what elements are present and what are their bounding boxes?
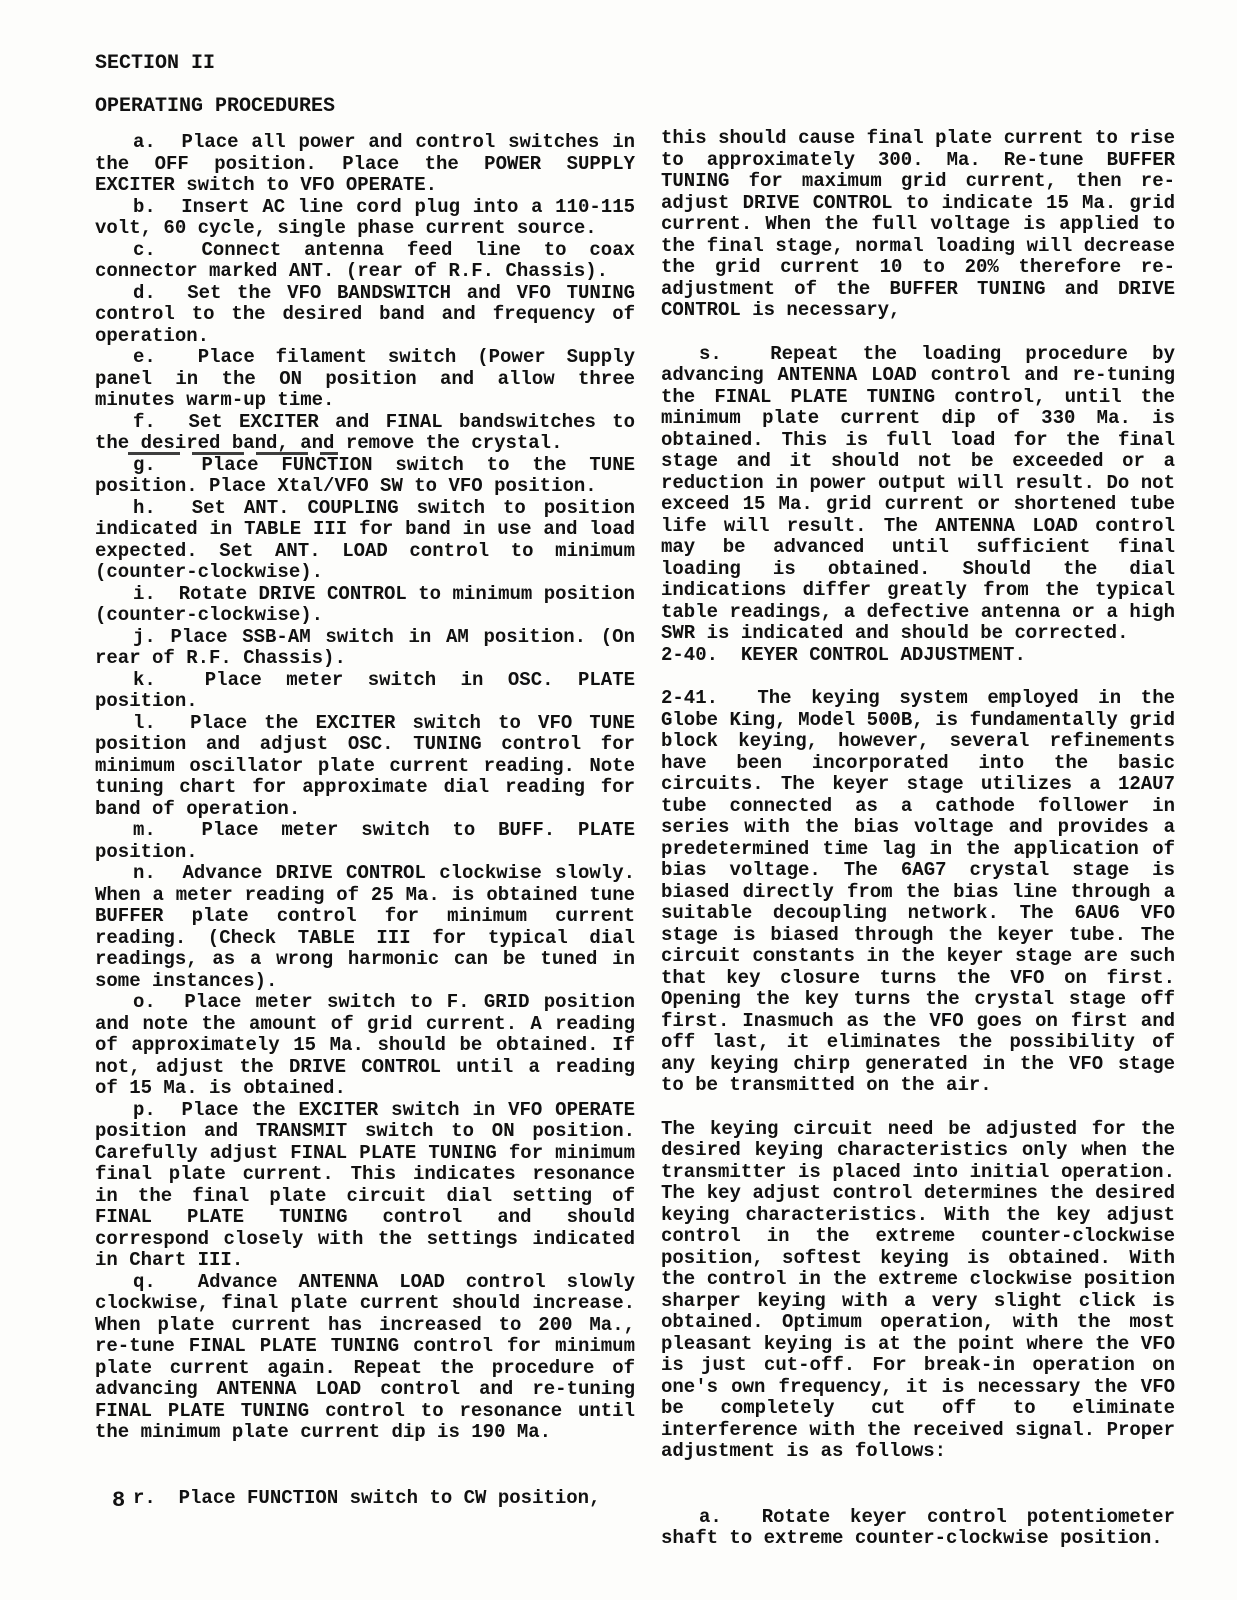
procedure-step-n: n. Advance DRIVE CONTROL clockwise slowl… xyxy=(95,863,635,992)
procedure-step-i: i. Rotate DRIVE CONTROL to minimum posit… xyxy=(95,584,635,627)
procedure-step-b: b. Insert AC line cord plug into a 110-1… xyxy=(95,197,635,240)
procedure-step-r: r. Place FUNCTION switch to CW position, xyxy=(95,1488,635,1510)
procedure-step-e: e. Place filament switch (Power Supply p… xyxy=(95,347,635,412)
procedure-step-g: g. Place FUNCTION switch to the TUNE pos… xyxy=(95,455,635,498)
scanned-manual-page: SECTION II OPERATING PROCEDURES a. Place… xyxy=(0,0,1237,1600)
continuation-paragraph: this should cause final plate current to… xyxy=(661,128,1175,322)
procedure-step-q: q. Advance ANTENNA LOAD control slowly c… xyxy=(95,1272,635,1444)
page-number: 8 xyxy=(112,1488,125,1513)
right-column: this should cause final plate current to… xyxy=(661,128,1175,1550)
procedure-step-l: l. Place the EXCITER switch to VFO TUNE … xyxy=(95,713,635,821)
procedure-step-h: h. Set ANT. COUPLING switch to position … xyxy=(95,498,635,584)
keyer-step-a: a. Rotate keyer control potentiometer sh… xyxy=(661,1507,1175,1550)
page-title: OPERATING PROCEDURES xyxy=(95,96,635,118)
procedure-step-s: s. Repeat the loading procedure by advan… xyxy=(661,344,1175,645)
procedure-step-a: a. Place all power and control switches … xyxy=(95,132,635,197)
procedure-step-f: f. Set EXCITER and FINAL bandswitches to… xyxy=(95,412,635,455)
left-column: SECTION II OPERATING PROCEDURES a. Place… xyxy=(95,53,635,1509)
procedure-step-m: m. Place meter switch to BUFF. PLATE pos… xyxy=(95,820,635,863)
paragraph-2-41: 2-41. The keying system employed in the … xyxy=(661,688,1175,1097)
keying-circuit-paragraph: The keying circuit need be adjusted for … xyxy=(661,1119,1175,1463)
underline-artifact xyxy=(128,452,338,455)
procedure-step-k: k. Place meter switch in OSC. PLATE posi… xyxy=(95,670,635,713)
procedure-step-o: o. Place meter switch to F. GRID positio… xyxy=(95,992,635,1100)
procedure-step-c: c. Connect antenna feed line to coax con… xyxy=(95,240,635,283)
heading-2-40: 2-40. KEYER CONTROL ADJUSTMENT. xyxy=(661,645,1175,667)
procedure-step-j: j. Place SSB-AM switch in AM position. (… xyxy=(95,627,635,670)
procedure-step-p: p. Place the EXCITER switch in VFO OPERA… xyxy=(95,1100,635,1272)
section-header: SECTION II xyxy=(95,53,635,75)
procedure-step-d: d. Set the VFO BANDSWITCH and VFO TUNING… xyxy=(95,283,635,348)
